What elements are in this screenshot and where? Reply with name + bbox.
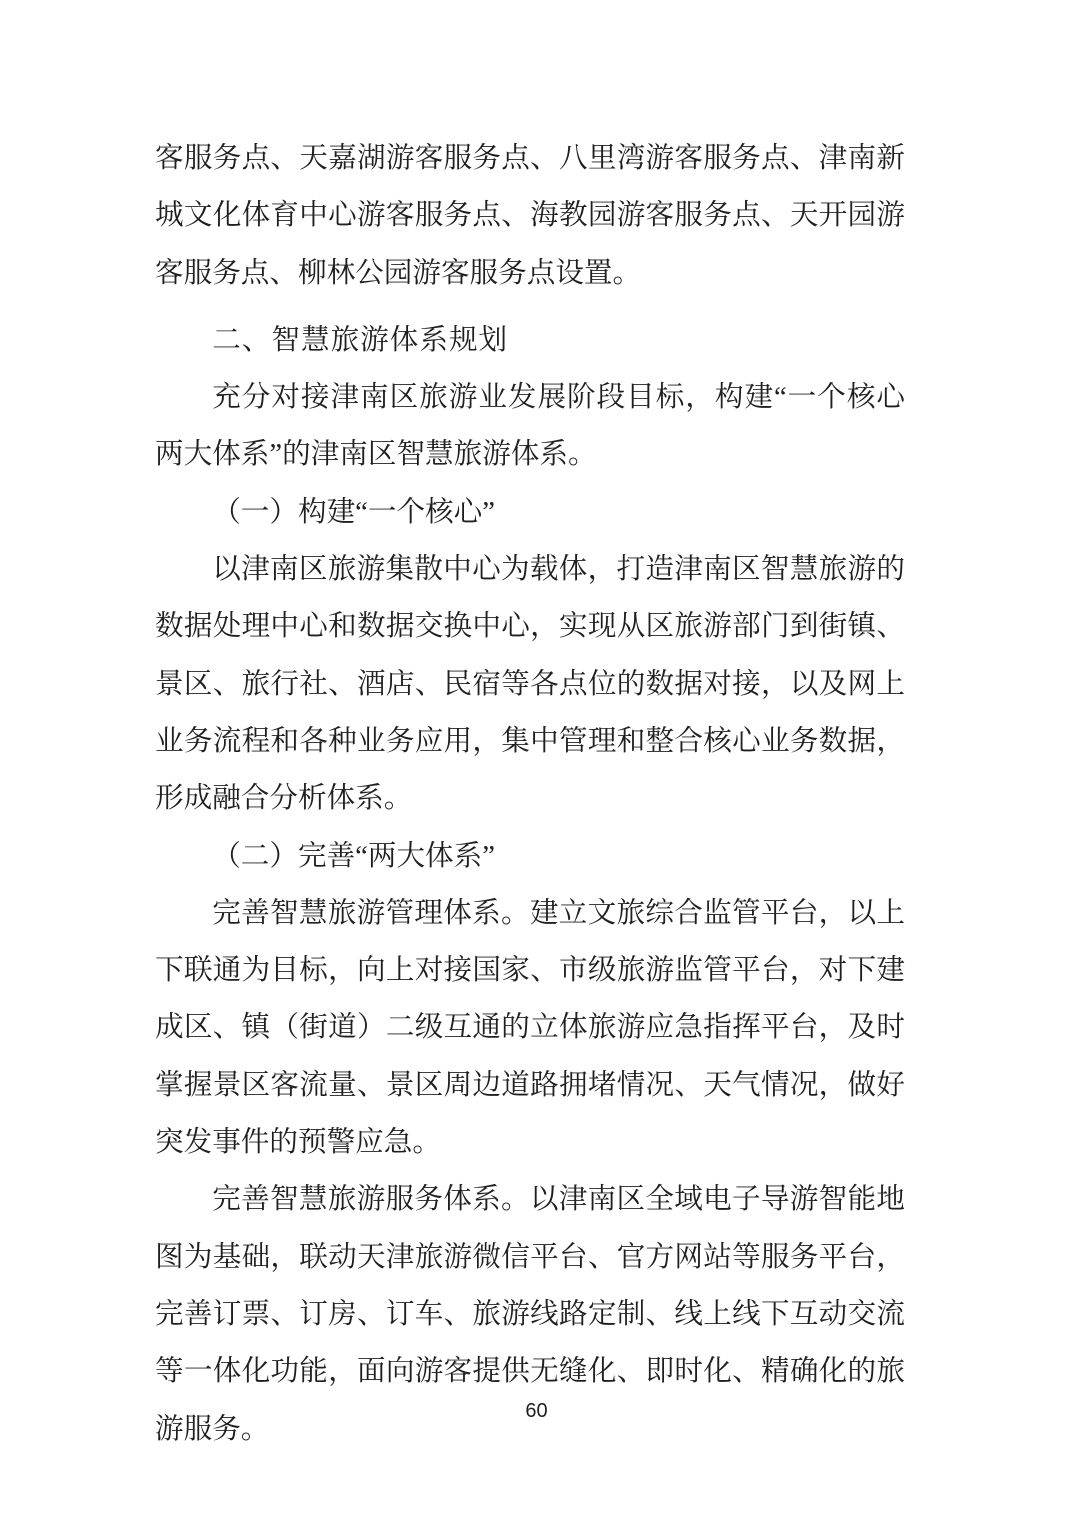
paragraph-visitor-service-points-continuation: 客服务点、天嘉湖游客服务点、八里湾游客服务点、津南新城文化体育中心游客服务点、海…	[155, 130, 905, 302]
document-page: 客服务点、天嘉湖游客服务点、八里湾游客服务点、津南新城文化体育中心游客服务点、海…	[0, 0, 1073, 1519]
section-heading-smart-tourism-system-plan: 二、智慧旅游体系规划	[155, 312, 905, 369]
page-number: 60	[525, 1400, 547, 1422]
page-content: 客服务点、天嘉湖游客服务点、八里湾游客服务点、津南新城文化体育中心游客服务点、海…	[155, 130, 905, 1458]
paragraph-one-core-details: 以津南区旅游集散中心为载体，打造津南区智慧旅游的数据处理中心和数据交换中心，实现…	[155, 541, 905, 827]
subsection-heading-build-one-core: （一）构建“一个核心”	[155, 484, 905, 541]
paragraph-smart-tourism-overview: 充分对接津南区旅游业发展阶段目标，构建“一个核心两大体系”的津南区智慧旅游体系。	[155, 369, 905, 484]
paragraph-management-system-details: 完善智慧旅游管理体系。建立文旅综合监管平台，以上下联通为目标，向上对接国家、市级…	[155, 885, 905, 1171]
page-footer: 60	[0, 1400, 1073, 1423]
subsection-heading-improve-two-systems: （二）完善“两大体系”	[155, 828, 905, 885]
